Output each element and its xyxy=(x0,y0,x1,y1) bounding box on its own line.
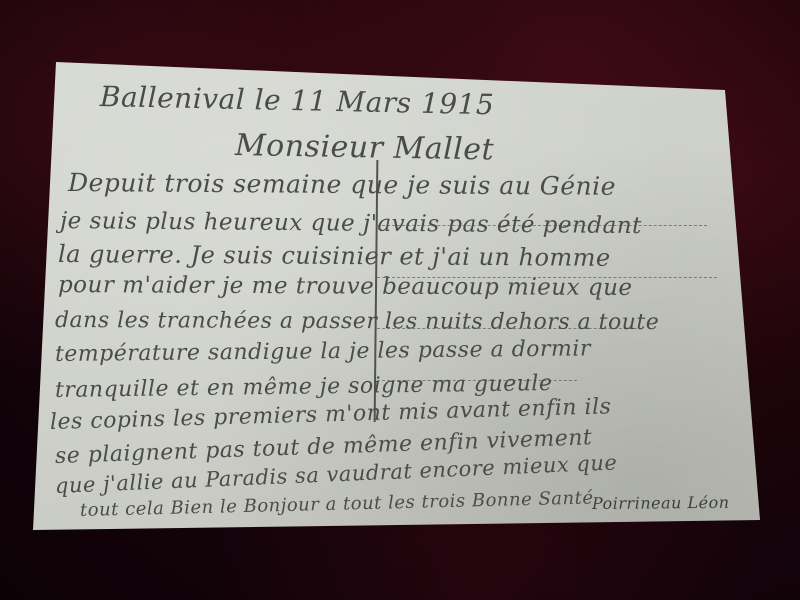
message-line: Depuit trois semaine que je suis au Géni… xyxy=(68,168,616,201)
signature: Poirrineau Léon xyxy=(592,493,730,513)
message-line: dans les tranchées a passer les nuits de… xyxy=(55,308,659,335)
message-line: je suis plus heureux que j'avais pas été… xyxy=(60,208,642,239)
message-line: pour m'aider je me trouve beaucoup mieux… xyxy=(58,272,633,301)
salutation: Monsieur Mallet xyxy=(235,128,495,168)
postcard: Ballenival le 11 Mars 1915 Monsieur Mall… xyxy=(0,0,800,600)
message-line: la guerre. Je suis cuisinier et j'ai un … xyxy=(58,240,611,272)
